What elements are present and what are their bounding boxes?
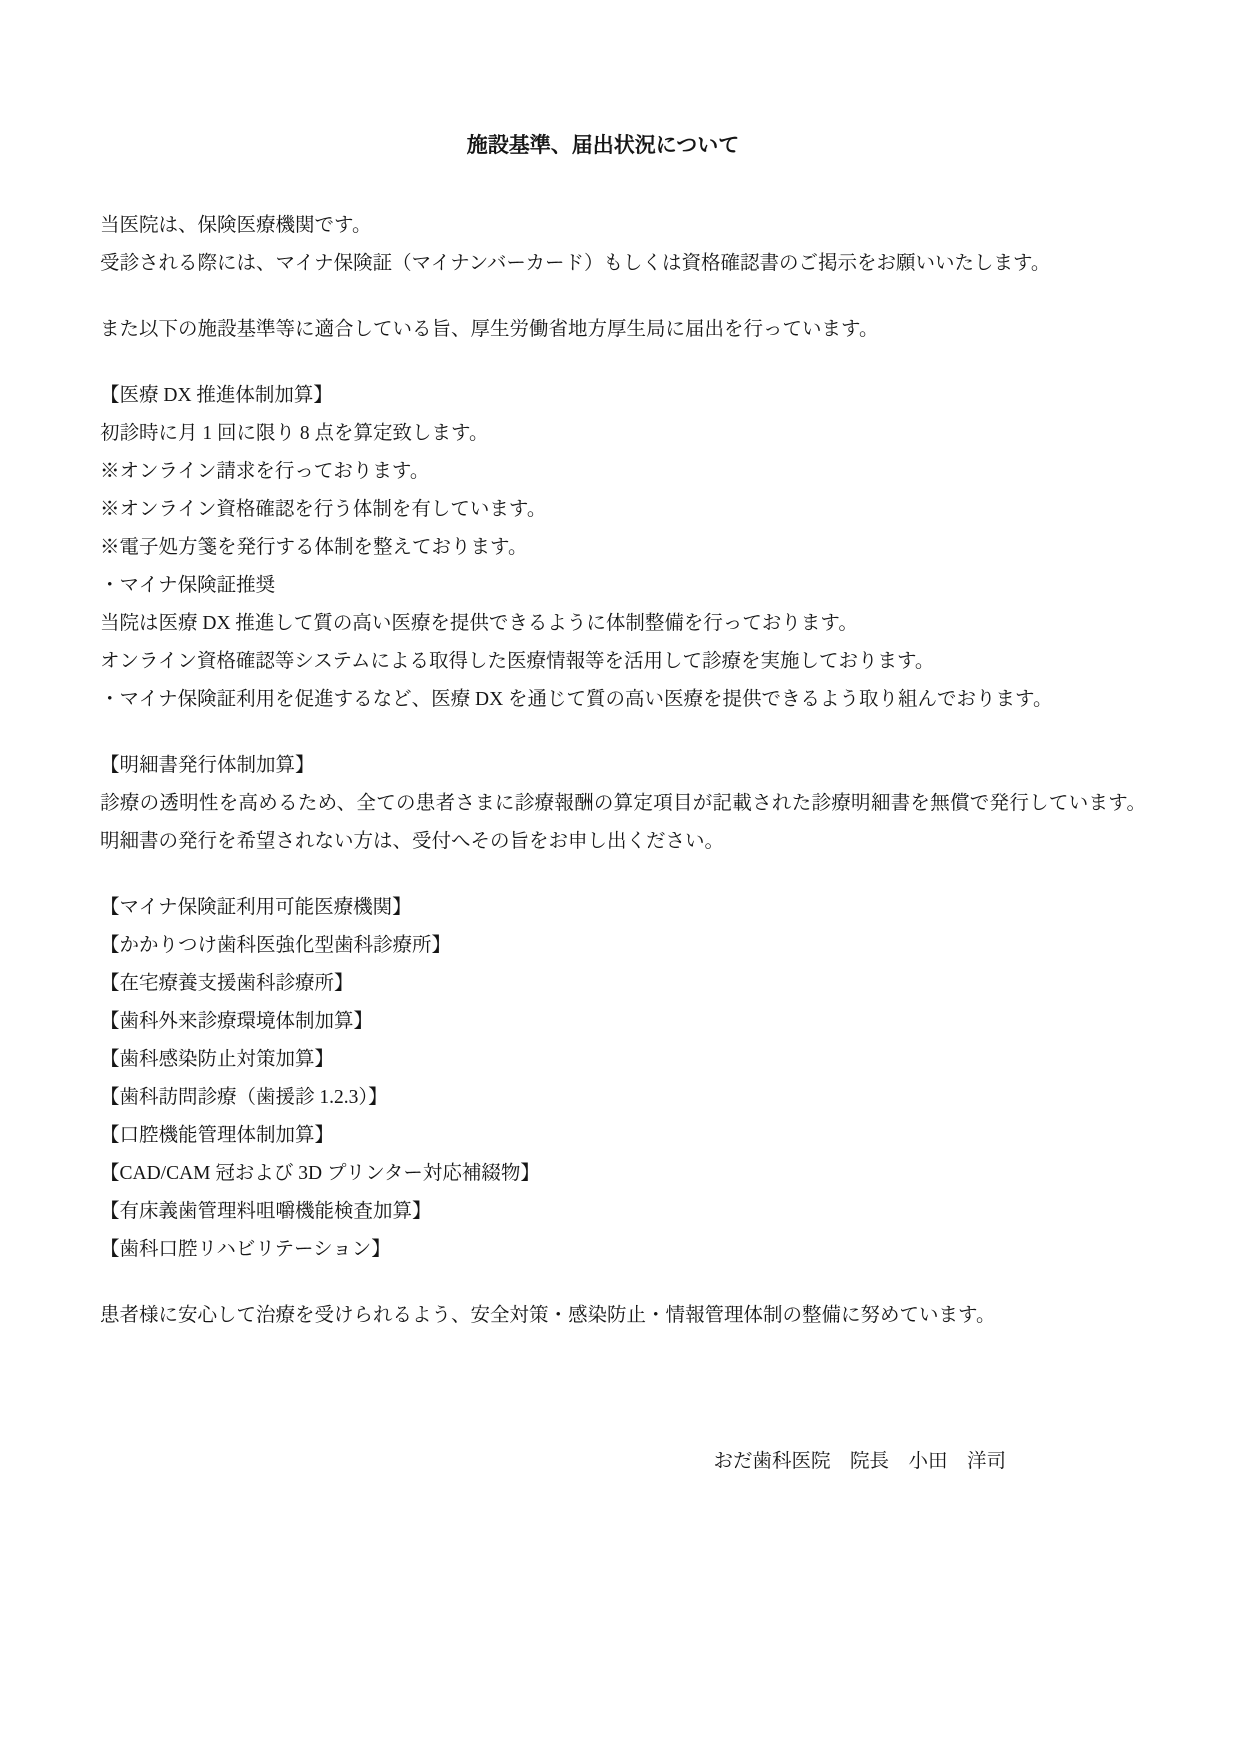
facility-item: 【歯科訪問診療（歯援診 1.2.3）】 (100, 1079, 1146, 1117)
signature-line: おだ歯科医院 院長 小田 洋司 (100, 1443, 1146, 1481)
spacer (100, 719, 1146, 747)
facility-standards-list: 【マイナ保険証利用可能医療機関】 【かかりつけ歯科医強化型歯科診療所】 【在宅療… (100, 889, 1146, 1269)
facility-item: 【歯科感染防止対策加算】 (100, 1041, 1146, 1079)
closing-paragraph: 患者様に安心して治療を受けられるよう、安全対策・感染防止・情報管理体制の整備に努… (100, 1297, 1146, 1335)
notification-paragraph: また以下の施設基準等に適合している旨、厚生労働省地方厚生局に届出を行っています。 (100, 311, 1146, 349)
intro-line-2: 受診される際には、マイナ保険証（マイナンバーカード）もしくは資格確認書のご掲示を… (100, 245, 1146, 283)
intro-line-1: 当医院は、保険医療機関です。 (100, 207, 1146, 245)
dx-line: ・マイナ保険証推奨 (100, 567, 1146, 605)
spacer (100, 283, 1146, 311)
section-heading-medical-dx: 【医療 DX 推進体制加算】 (100, 377, 1146, 415)
dx-line: オンライン資格確認等システムによる取得した医療情報等を活用して診療を実施しており… (100, 643, 1146, 681)
meisaisho-body: 診療の透明性を高めるため、全ての患者さまに診療報酬の算定項目が記載された診療明細… (100, 785, 1146, 861)
facility-item: 【かかりつけ歯科医強化型歯科診療所】 (100, 927, 1146, 965)
page-title: 施設基準、届出状況について (100, 130, 1106, 160)
facility-item: 【マイナ保険証利用可能医療機関】 (100, 889, 1146, 927)
facility-item: 【CAD/CAM 冠および 3D プリンター対応補綴物】 (100, 1155, 1146, 1193)
facility-item: 【口腔機能管理体制加算】 (100, 1117, 1146, 1155)
section-meisaisho: 【明細書発行体制加算】 診療の透明性を高めるため、全ての患者さまに診療報酬の算定… (100, 747, 1146, 861)
facility-item: 【歯科外来診療環境体制加算】 (100, 1003, 1146, 1041)
spacer (100, 160, 1146, 207)
dx-line: ・マイナ保険証利用を促進するなど、医療 DX を通じて質の高い医療を提供できるよ… (100, 681, 1146, 719)
section-medical-dx: 【医療 DX 推進体制加算】 初診時に月 1 回に限り 8 点を算定致します。 … (100, 377, 1146, 719)
dx-line: 初診時に月 1 回に限り 8 点を算定致します。 (100, 415, 1146, 453)
section-heading-meisaisho: 【明細書発行体制加算】 (100, 747, 1146, 785)
spacer (100, 1269, 1146, 1297)
facility-item: 【歯科口腔リハビリテーション】 (100, 1231, 1146, 1269)
dx-line: 当院は医療 DX 推進して質の高い医療を提供できるように体制整備を行っております… (100, 605, 1146, 643)
document-page: 施設基準、届出状況について 当医院は、保険医療機関です。 受診される際には、マイ… (0, 0, 1241, 1754)
spacer (100, 349, 1146, 377)
dx-line: ※オンライン資格確認を行う体制を有しています。 (100, 491, 1146, 529)
facility-item: 【有床義歯管理料咀嚼機能検査加算】 (100, 1193, 1146, 1231)
facility-item: 【在宅療養支援歯科診療所】 (100, 965, 1146, 1003)
dx-line: ※オンライン請求を行っております。 (100, 453, 1146, 491)
intro-paragraph: 当医院は、保険医療機関です。 受診される際には、マイナ保険証（マイナンバーカード… (100, 207, 1146, 283)
spacer (100, 861, 1146, 889)
dx-line: ※電子処方箋を発行する体制を整えております。 (100, 529, 1146, 567)
